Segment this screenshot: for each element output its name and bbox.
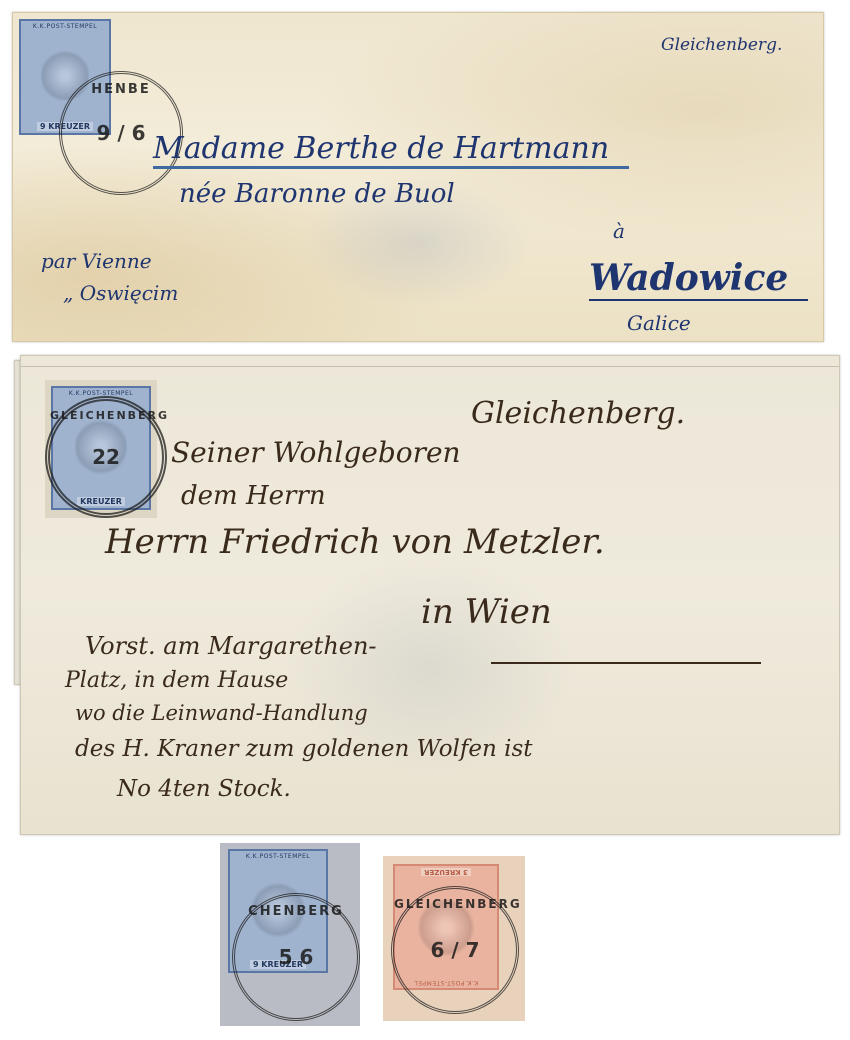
destination-city: Wadowice [589,257,808,301]
routing-line-1: par Vienne [41,249,152,273]
address-line-7: wo die Leinwand-Handlung [75,701,368,725]
address-line-3: Herrn Friedrich von Metzler. [105,522,605,562]
stamp-piece-red: K.K.POST-STEMPEL 3 KREUZER GLEICHENBERG … [383,856,525,1021]
address-line-2: née Baronne de Buol [179,179,455,209]
address-line-1: Seiner Wohlgeboren [171,436,461,469]
postmark: GLEICHENBERG 22 [45,396,167,518]
envelope-2: K.K.POST-STEMPEL KREUZER GLEICHENBERG 22… [20,355,840,835]
routing-line-2: „ Oswięcim [63,281,178,305]
address-line-8: des H. Kraner zum goldenen Wolfen ist [75,736,533,762]
origin-note: Gleichenberg. [661,35,782,55]
destination-region: Galice [627,311,691,335]
stamp-piece-blue: K.K.POST-STEMPEL 9 KREUZER CHENBERG 5 6 [220,843,360,1026]
address-line-6: Platz, in dem Hause [65,668,288,693]
address-line-2: dem Herrn [181,481,326,511]
address-line-9: No 4ten Stock. [117,776,291,802]
preposition: à [613,219,625,243]
postmark: GLEICHENBERG 6 / 7 [391,886,519,1014]
address-line-1: Madame Berthe de Hartmann [153,131,629,169]
origin-note: Gleichenberg. [471,396,685,431]
address-line-5: Vorst. am Margarethen- [85,632,377,660]
address-line-4: in Wien [421,592,552,632]
envelope-1: K.K.POST-STEMPEL 9 KREUZER HENBE 9 / 6 G… [12,12,824,342]
postmark: CHENBERG 5 6 [232,893,360,1021]
